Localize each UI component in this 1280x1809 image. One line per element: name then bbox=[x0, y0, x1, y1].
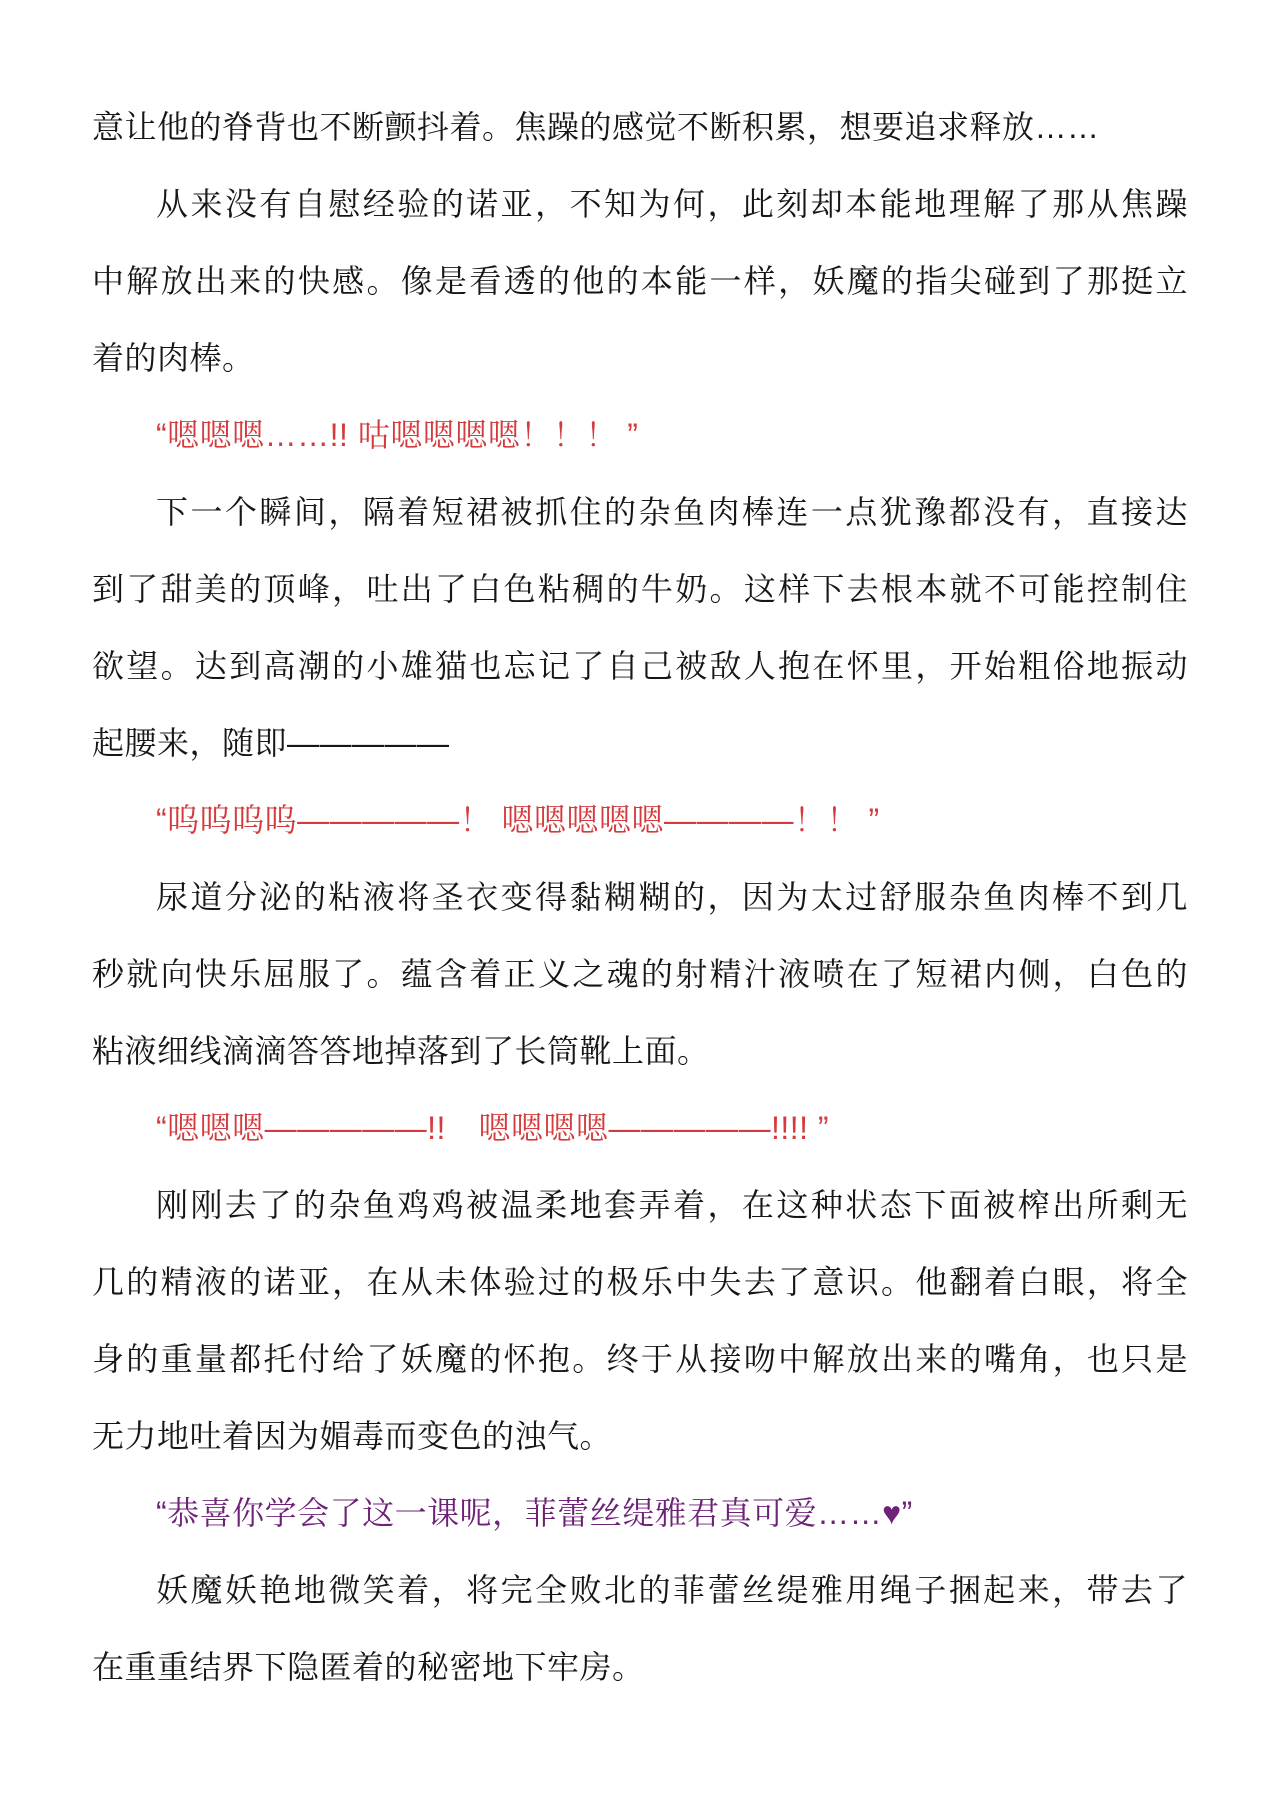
body-text-line: 到了甜美的顶峰，吐出了白色粘稠的牛奶。这样下去根本就不可能控制住 bbox=[92, 551, 1188, 628]
dialogue-line-purple: “恭喜你学会了这一课呢，菲蕾丝缇雅君真可爱……♥” bbox=[92, 1475, 1188, 1552]
body-text-line: 刚刚去了的杂鱼鸡鸡被温柔地套弄着，在这种状态下面被榨出所剩无 bbox=[92, 1167, 1188, 1244]
body-text-line: 欲望。达到高潮的小雄猫也忘记了自己被敌人抱在怀里，开始粗俗地振动 bbox=[92, 628, 1188, 705]
body-text-line: 中解放出来的快感。像是看透的他的本能一样，妖魔的指尖碰到了那挺立 bbox=[92, 243, 1188, 320]
body-text-line: 意让他的脊背也不断颤抖着。焦躁的感觉不断积累，想要追求释放…… bbox=[92, 89, 1188, 166]
body-text-line: 下一个瞬间，隔着短裙被抓住的杂鱼肉棒连一点犹豫都没有，直接达 bbox=[92, 474, 1188, 551]
body-text-line: 在重重结界下隐匿着的秘密地下牢房。 bbox=[92, 1629, 1188, 1706]
body-text-line: 着的肉棒。 bbox=[92, 320, 1188, 397]
body-text-line: 秒就向快乐屈服了。蕴含着正义之魂的射精汁液喷在了短裙内侧，白色的 bbox=[92, 936, 1188, 1013]
body-text-line: 几的精液的诺亚，在从未体验过的极乐中失去了意识。他翻着白眼，将全 bbox=[92, 1244, 1188, 1321]
body-text-line: 粘液细线滴滴答答地掉落到了长筒靴上面。 bbox=[92, 1013, 1188, 1090]
document-page: 意让他的脊背也不断颤抖着。焦躁的感觉不断积累，想要追求释放…… 从来没有自慰经验… bbox=[0, 0, 1280, 1809]
body-text-line: 尿道分泌的粘液将圣衣变得黏糊糊的，因为太过舒服杂鱼肉棒不到几 bbox=[92, 859, 1188, 936]
dialogue-line-red: “嗯嗯嗯……!! 咕嗯嗯嗯嗯！！！ ” bbox=[92, 397, 1188, 474]
body-text-line: 从来没有自慰经验的诺亚，不知为何，此刻却本能地理解了那从焦躁 bbox=[92, 166, 1188, 243]
dialogue-line-red: “嗯嗯嗯—————!! 嗯嗯嗯嗯—————!!!! ” bbox=[92, 1090, 1188, 1167]
body-text-line: 身的重量都托付给了妖魔的怀抱。终于从接吻中解放出来的嘴角，也只是 bbox=[92, 1321, 1188, 1398]
dialogue-line-red: “呜呜呜呜—————！ 嗯嗯嗯嗯嗯————！！ ” bbox=[92, 782, 1188, 859]
body-text-line: 无力地吐着因为媚毒而变色的浊气。 bbox=[92, 1398, 1188, 1475]
body-text-line: 妖魔妖艳地微笑着，将完全败北的菲蕾丝缇雅用绳子捆起来，带去了 bbox=[92, 1552, 1188, 1629]
body-text-line: 起腰来，随即————— bbox=[92, 705, 1188, 782]
